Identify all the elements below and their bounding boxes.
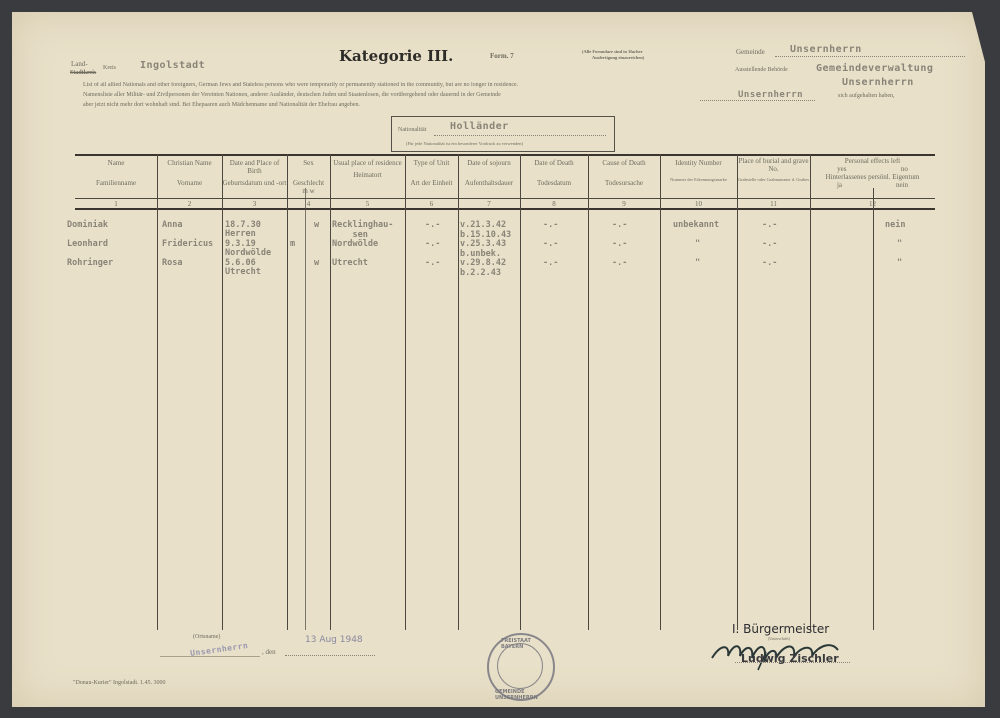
col-num: 2 <box>157 200 222 208</box>
col-header-unit: Type of UnitArt der Einheit <box>405 159 458 187</box>
form-number: Form. 7 <box>490 52 514 60</box>
signer-name: Ludwig Zischler <box>741 652 839 665</box>
nationality-label: Nationalität <box>398 127 426 133</box>
nationality-line <box>434 135 606 136</box>
col-num: 1 <box>75 200 157 208</box>
col-header-burial: Place of burial and grave No.Grabstelle … <box>737 157 810 182</box>
gemeinde-label: Gemeinde <box>736 48 765 56</box>
intro-line-1: List of all allied Nationals and other f… <box>83 82 923 88</box>
nationality-note: (Für jede Nationalität ist ein besondere… <box>406 141 523 146</box>
intro-gemeinde-value: Unsernherrn <box>738 90 803 100</box>
form-note-1: (Alle Formulare sind in 3facher <box>582 49 643 54</box>
col-num: 10 <box>660 200 737 208</box>
kreis-value: Ingolstadt <box>140 60 205 71</box>
col-header-sex: SexGeschlechtm w <box>287 159 330 195</box>
intro-line-2-end: sich aufgehalten haben, <box>838 93 894 99</box>
stadt-label: Stadtkreis <box>70 70 96 76</box>
col-num: 8 <box>520 200 588 208</box>
gemeinde-line <box>775 56 965 57</box>
nationality-box: Nationalität Holländer (Für jede Nationa… <box>391 116 615 152</box>
intro-line-2: Namensliste aller Militär- und Zivilpers… <box>83 92 501 98</box>
col-num: 3 <box>222 200 287 208</box>
form-note-2: Ausfertigung einzureichen) <box>592 55 644 60</box>
gemeinde-value: Unsernherrn <box>790 44 862 55</box>
col-header-death-date: Date of DeathTodesdatum <box>520 159 588 187</box>
col-header-name: NameFamilienname <box>75 159 157 187</box>
date-label: , den <box>262 648 276 656</box>
col-num: 11 <box>737 200 810 208</box>
intro-gemeinde-line <box>700 100 815 101</box>
nationality-value: Holländer <box>450 121 509 132</box>
col-header-christian-name: Christian NameVorname <box>157 159 222 187</box>
col-num: 6 <box>405 200 458 208</box>
printer-note: "Donau-Kurier" Ingolstadt. 1.45. 3000 <box>73 680 166 686</box>
col-header-birth: Date and Place of BirthGeburtsdatum und … <box>222 159 287 187</box>
col-header-identity: Identity NumberNummer der Erkennungsmark… <box>660 159 737 182</box>
date-stamp: 13 Aug 1948 <box>305 635 363 645</box>
col-num: 9 <box>588 200 660 208</box>
col-num: 5 <box>330 200 405 208</box>
behoerde-label: Ausstellende Behörde <box>735 67 788 73</box>
behoerde-value-1: Gemeindeverwaltung <box>816 63 933 74</box>
col-num: 12 <box>810 200 935 208</box>
place-line <box>160 656 260 657</box>
col-header-residence: Usual place of residenceHeimatort <box>330 159 405 179</box>
date-line <box>285 655 375 656</box>
col-header-effects: Personal effects left yesno Hinterlassen… <box>810 157 935 189</box>
place-label: (Ortsname) <box>193 634 220 640</box>
kreis-label: Kreis <box>103 65 116 71</box>
col-num: 7 <box>458 200 520 208</box>
col-header-death-cause: Cause of DeathTodesursache <box>588 159 660 187</box>
intro-line-3: aber jetzt nicht mehr dort wohnhaft sind… <box>83 102 360 108</box>
foreigners-table: NameFamilienname Christian NameVorname D… <box>75 154 935 634</box>
category-title: Kategorie III. <box>339 47 453 65</box>
official-seal: FREISTAAT BAYERN GEMEINDE UNSERNHERRN <box>487 633 555 701</box>
land-label: Land- <box>71 60 88 68</box>
col-header-sojourn: Date of sojournAufenthaltsdauer <box>458 159 520 187</box>
col-num: 4 <box>287 200 330 208</box>
